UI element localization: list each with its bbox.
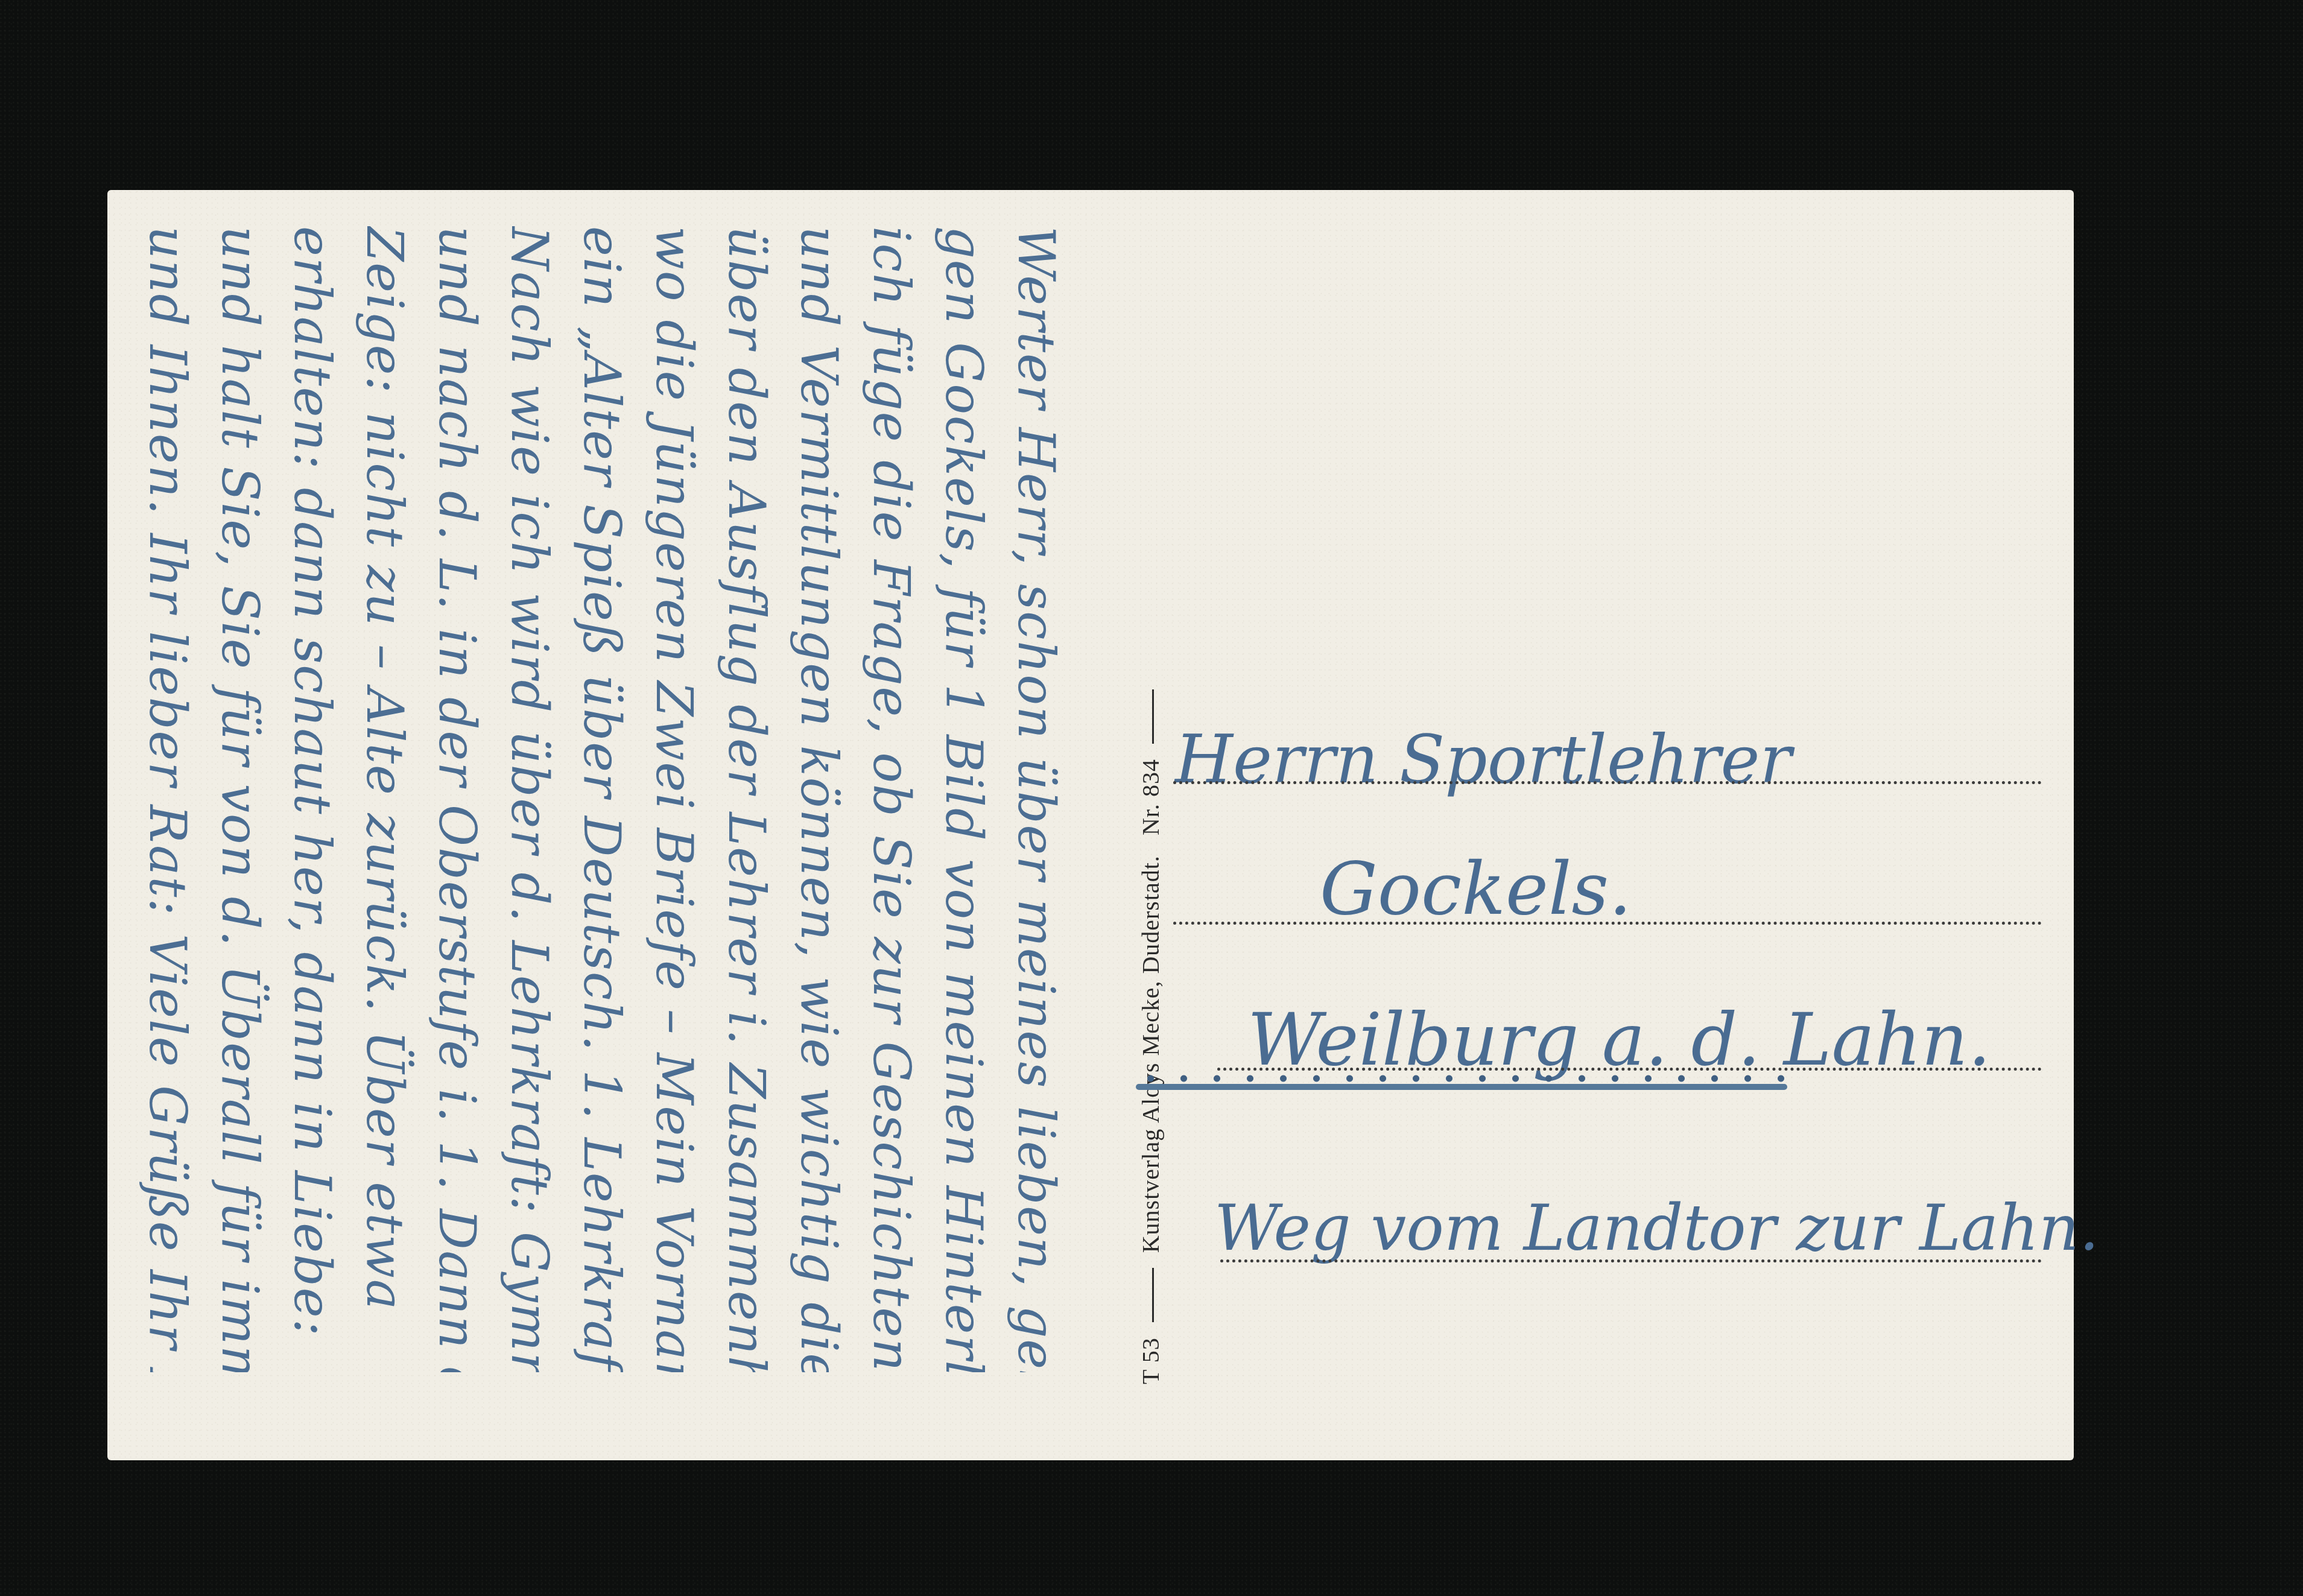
address-dotted-line bbox=[1217, 1068, 2042, 1071]
postcard: Werter Herr, schon über meines lieben, g… bbox=[107, 190, 2074, 1460]
message-line: wo die Jüngeren Zwei Briefe – Mein Vorna… bbox=[638, 226, 711, 1372]
series-code: T 53 bbox=[1137, 1337, 1164, 1384]
message-line: Nach wie ich wird über d. Lehrkraft: Gym… bbox=[493, 226, 566, 1372]
address-street: Weg vom Landtor zur Lahn. bbox=[1214, 1191, 2099, 1265]
message-line: erhalten: dann schaut her, dann in Liebe… bbox=[276, 226, 349, 1372]
message-line: über den Ausflug der Lehrer i. Zusammenh… bbox=[711, 226, 783, 1372]
address-recipient: Herrn Sportlehrer bbox=[1175, 721, 1791, 798]
divider-dash bbox=[1152, 1268, 1154, 1322]
message-line: und halt Sie, Sie für von d. Überall für… bbox=[204, 226, 276, 1372]
message-line: Zeige: nicht zu – Alte zurück. Über etwa bbox=[349, 226, 421, 1372]
divider-dash bbox=[1152, 689, 1154, 744]
message-line: ich füge die Frage, ob Sie zur Geschicht… bbox=[855, 226, 928, 1372]
ink-dotted-underline bbox=[1134, 1074, 1791, 1083]
message-line: und Vermittlungen können, wie wichtig di… bbox=[783, 226, 855, 1372]
address-name: Gockels. bbox=[1320, 847, 1632, 931]
address-dotted-line bbox=[1173, 781, 2042, 784]
address-dotted-line bbox=[1220, 1259, 2042, 1262]
message-line: ein „Alter Spieß über Deutsch. 1. Lehrkr… bbox=[566, 226, 638, 1372]
publisher-imprint: T 53 Kunstverlag Aloys Mecke, Duderstadt… bbox=[1133, 250, 1169, 1384]
address-dotted-line bbox=[1173, 922, 2042, 925]
handwritten-message: Werter Herr, schon über meines lieben, g… bbox=[144, 226, 1072, 1420]
message-line: Werter Herr, schon über meines lieben, g… bbox=[1000, 226, 1072, 1372]
message-line: gen Gockels, für 1 Bild von meinen Hinte… bbox=[928, 226, 1000, 1372]
message-line: und nach d. L. in der Oberstufe i. 1. Da… bbox=[421, 226, 493, 1372]
publisher-name: Kunstverlag Aloys Mecke, Duderstadt. bbox=[1137, 855, 1164, 1253]
message-line: und Ihnen. Ihr lieber Rat: Viele Grüße I… bbox=[131, 226, 204, 1372]
ink-underline bbox=[1136, 1084, 1787, 1090]
card-number: Nr. 834 bbox=[1137, 759, 1164, 835]
